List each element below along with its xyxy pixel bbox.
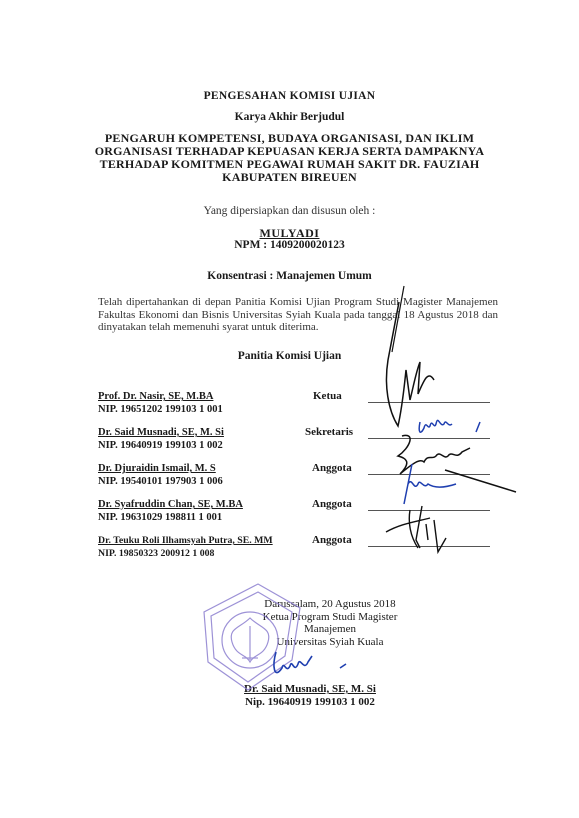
signature-sekretaris-icon	[419, 420, 480, 432]
member-role: Ketua	[313, 390, 383, 402]
member-nip: NIP. 19651202 199103 1 001	[98, 403, 223, 416]
member-role: Anggota	[312, 462, 382, 474]
committee-heading: Panitia Komisi Ujian	[0, 350, 579, 362]
prepared-by-label: Yang dipersiapkan dan disusun oleh :	[0, 205, 579, 217]
committee-member: Dr. Teuku Roli Ilhamsyah Putra, SE. MM N…	[98, 534, 273, 560]
signature-line	[368, 546, 490, 547]
document-subheading: Karya Akhir Berjudul	[0, 111, 579, 123]
committee-member: Prof. Dr. Nasir, SE, M.BA NIP. 19651202 …	[98, 390, 223, 416]
signature-anggota-1-icon	[398, 435, 516, 492]
thesis-title: PENGARUH KOMPETENSI, BUDAYA ORGANISASI, …	[0, 132, 579, 184]
committee-member: Dr. Syafruddin Chan, SE, M.BA NIP. 19631…	[98, 498, 243, 524]
member-role: Anggota	[312, 534, 382, 546]
signature-line	[368, 474, 490, 475]
concentration: Konsentrasi : Manajemen Umum	[0, 270, 579, 282]
signature-line	[368, 402, 490, 403]
signature-anggota-2-icon	[404, 464, 456, 504]
author-npm: NPM : 1409200020123	[0, 239, 579, 251]
member-name: Prof. Dr. Nasir, SE, M.BA	[98, 390, 223, 403]
member-nip: NIP. 19540101 197903 1 006	[98, 475, 223, 488]
signature-line	[368, 438, 490, 439]
member-name: Dr. Syafruddin Chan, SE, M.BA	[98, 498, 243, 511]
member-role: Sekretaris	[305, 426, 375, 438]
signature-head-of-program-icon	[274, 652, 346, 673]
member-role: Anggota	[312, 498, 382, 510]
member-nip: NIP. 19640919 199103 1 002	[98, 439, 224, 452]
document-heading: PENGESAHAN KOMISI UJIAN	[0, 90, 579, 102]
defense-statement: Telah dipertahankan di depan Panitia Kom…	[98, 296, 498, 334]
member-nip: NIP. 19631029 198811 1 001	[98, 511, 243, 524]
committee-member: Dr. Said Musnadi, SE, M. Si NIP. 1964091…	[98, 426, 224, 452]
position-line: Ketua Program Studi Magister Manajemen	[240, 611, 420, 636]
thesis-title-line: KABUPATEN BIREUEN	[0, 171, 579, 184]
member-name: Dr. Teuku Roli Ilhamsyah Putra, SE. MM	[98, 534, 273, 547]
signer-name: Dr. Said Musnadi, SE, M. Si	[218, 683, 402, 696]
approval-signer: Dr. Said Musnadi, SE, M. Si Nip. 1964091…	[218, 683, 402, 709]
committee-member: Dr. Djuraidin Ismail, M. S NIP. 19540101…	[98, 462, 223, 488]
member-name: Dr. Said Musnadi, SE, M. Si	[98, 426, 224, 439]
approval-block: Darussalam, 20 Agustus 2018 Ketua Progra…	[240, 598, 420, 648]
signature-line	[368, 510, 490, 511]
member-nip: NIP. 19850323 200912 1 008	[98, 547, 273, 560]
place-date: Darussalam, 20 Agustus 2018	[240, 598, 420, 611]
signer-nip: Nip. 19640919 199103 1 002	[218, 696, 402, 709]
member-name: Dr. Djuraidin Ismail, M. S	[98, 462, 223, 475]
position-line: Universitas Syiah Kuala	[240, 636, 420, 649]
